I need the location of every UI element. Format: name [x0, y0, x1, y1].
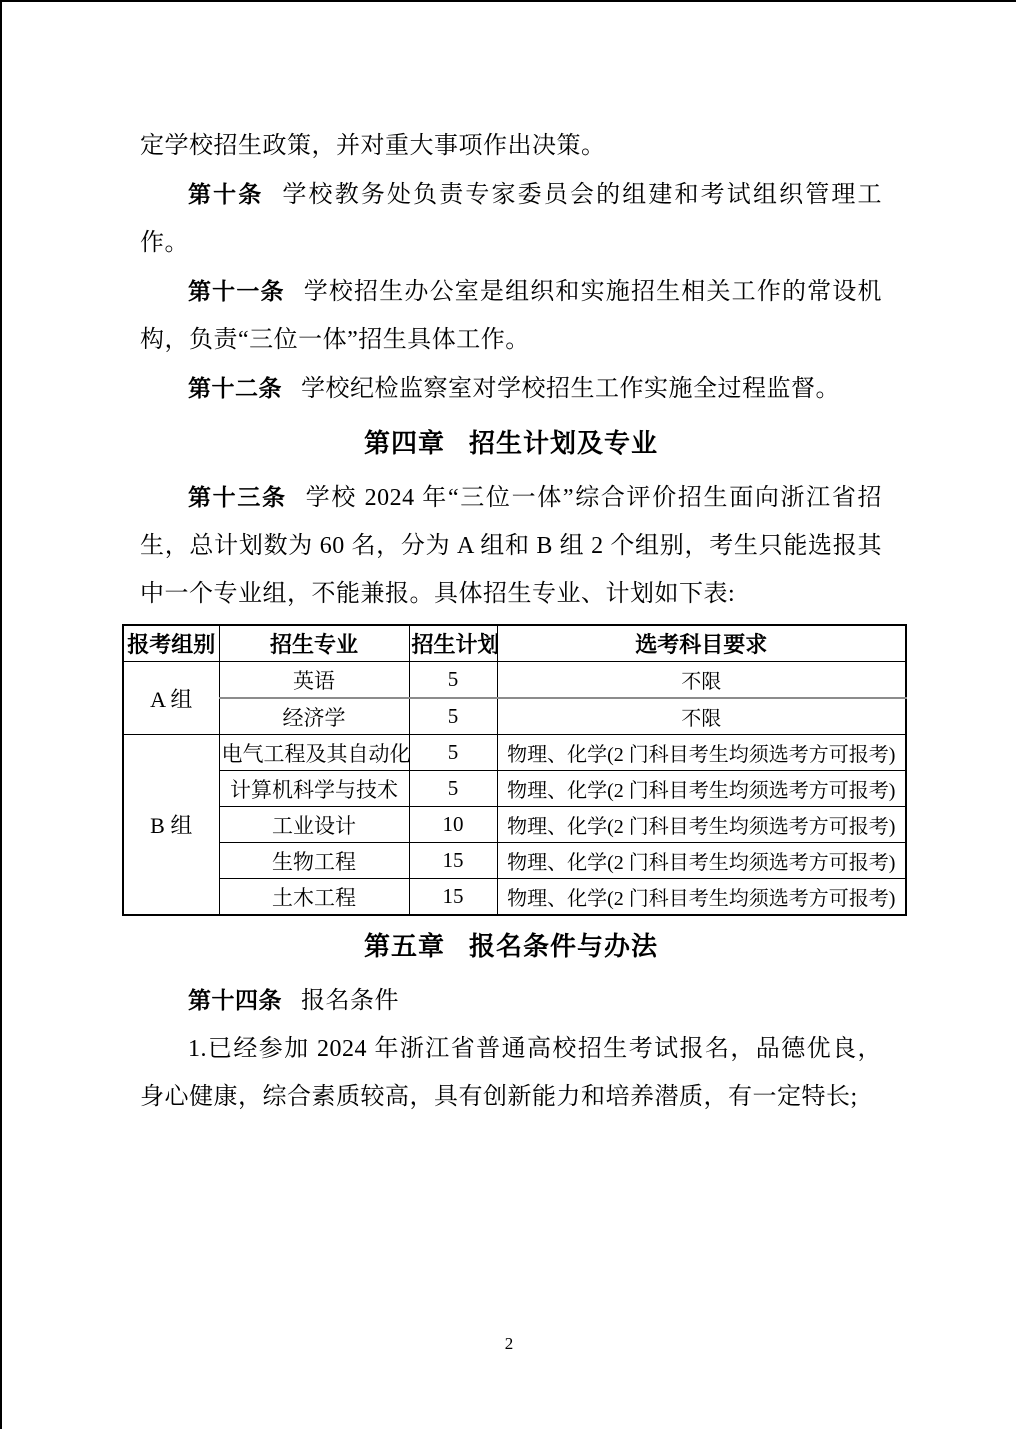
- header-group: 报考组别: [123, 625, 219, 662]
- table-row: 工业设计 10 物理、化学(2 门科目考生均须选考方可报考): [123, 807, 906, 843]
- article-12-label: 第十二条: [188, 375, 301, 401]
- header-quota: 招生计划: [409, 625, 497, 662]
- cell-group-a: A 组: [123, 662, 219, 735]
- article-14: 第十四条报名条件: [140, 976, 882, 1025]
- page-number: 2: [2, 1334, 1016, 1354]
- cell-major: 计算机科学与技术: [219, 771, 409, 807]
- cell-subjects: 物理、化学(2 门科目考生均须选考方可报考): [497, 879, 906, 916]
- cell-group-b: B 组: [123, 735, 219, 916]
- cell-subjects: 不限: [497, 698, 906, 735]
- cell-subjects: 不限: [497, 662, 906, 699]
- cell-subjects: 物理、化学(2 门科目考生均须选考方可报考): [497, 843, 906, 879]
- cell-quota: 5: [409, 698, 497, 735]
- chapter-4-heading: 第四章招生计划及专业: [140, 419, 882, 467]
- condition-item-1: 1.已经参加 2024 年浙江省普通高校招生考试报名，品德优良，身心健康，综合素…: [140, 1025, 882, 1121]
- article-11: 第十一条学校招生办公室是组织和实施招生相关工作的常设机构，负责“三位一体”招生具…: [140, 267, 882, 364]
- article-12: 第十二条学校纪检监察室对学校招生工作实施全过程监督。: [140, 364, 882, 413]
- header-subjects: 选考科目要求: [497, 625, 906, 662]
- cell-quota: 15: [409, 879, 497, 916]
- table-row: B 组 电气工程及其自动化 5 物理、化学(2 门科目考生均须选考方可报考): [123, 735, 906, 771]
- paragraph-continuation: 定学校招生政策，并对重大事项作出决策。: [140, 122, 882, 170]
- chapter-4-title: 招生计划及专业: [469, 428, 658, 458]
- cell-subjects: 物理、化学(2 门科目考生均须选考方可报考): [497, 807, 906, 843]
- chapter-5-title: 报名条件与办法: [469, 931, 658, 961]
- cell-subjects: 物理、化学(2 门科目考生均须选考方可报考): [497, 735, 906, 771]
- cell-quota: 5: [409, 771, 497, 807]
- cell-quota: 5: [409, 662, 497, 699]
- table-row: 土木工程 15 物理、化学(2 门科目考生均须选考方可报考): [123, 879, 906, 916]
- cell-subjects: 物理、化学(2 门科目考生均须选考方可报考): [497, 771, 906, 807]
- cell-major: 工业设计: [219, 807, 409, 843]
- header-major: 招生专业: [219, 625, 409, 662]
- cell-quota: 5: [409, 735, 497, 771]
- chapter-5-number: 第五章: [364, 931, 445, 961]
- article-13: 第十三条学校 2024 年“三位一体”综合评价招生面向浙江省招生，总计划数为 6…: [140, 473, 882, 618]
- cell-quota: 15: [409, 843, 497, 879]
- table-row: 生物工程 15 物理、化学(2 门科目考生均须选考方可报考): [123, 843, 906, 879]
- table-row: 计算机科学与技术 5 物理、化学(2 门科目考生均须选考方可报考): [123, 771, 906, 807]
- cell-major: 生物工程: [219, 843, 409, 879]
- chapter-5-heading: 第五章报名条件与办法: [140, 922, 882, 970]
- cell-major: 土木工程: [219, 879, 409, 916]
- admissions-plan-table: 报考组别 招生专业 招生计划 选考科目要求 A 组 英语 5 不限 经济学 5 …: [122, 624, 907, 916]
- article-13-label: 第十三条: [188, 484, 306, 510]
- article-10: 第十条学校教务处负责专家委员会的组建和考试组织管理工作。: [140, 170, 882, 267]
- chapter-4-number: 第四章: [364, 428, 445, 458]
- article-14-text: 报名条件: [301, 988, 399, 1014]
- cell-quota: 10: [409, 807, 497, 843]
- table-row: 经济学 5 不限: [123, 698, 906, 735]
- article-11-label: 第十一条: [188, 278, 304, 304]
- document-page: 定学校招生政策，并对重大事项作出决策。 第十条学校教务处负责专家委员会的组建和考…: [0, 0, 1016, 1429]
- cell-major: 英语: [219, 662, 409, 699]
- article-14-label: 第十四条: [188, 987, 301, 1013]
- table-header-row: 报考组别 招生专业 招生计划 选考科目要求: [123, 625, 906, 662]
- article-12-text: 学校纪检监察室对学校招生工作实施全过程监督。: [301, 376, 840, 402]
- cell-major: 电气工程及其自动化: [219, 735, 409, 771]
- table-row: A 组 英语 5 不限: [123, 662, 906, 699]
- document-content: 定学校招生政策，并对重大事项作出决策。 第十条学校教务处负责专家委员会的组建和考…: [140, 122, 882, 1121]
- article-10-label: 第十条: [188, 181, 282, 207]
- cell-major: 经济学: [219, 698, 409, 735]
